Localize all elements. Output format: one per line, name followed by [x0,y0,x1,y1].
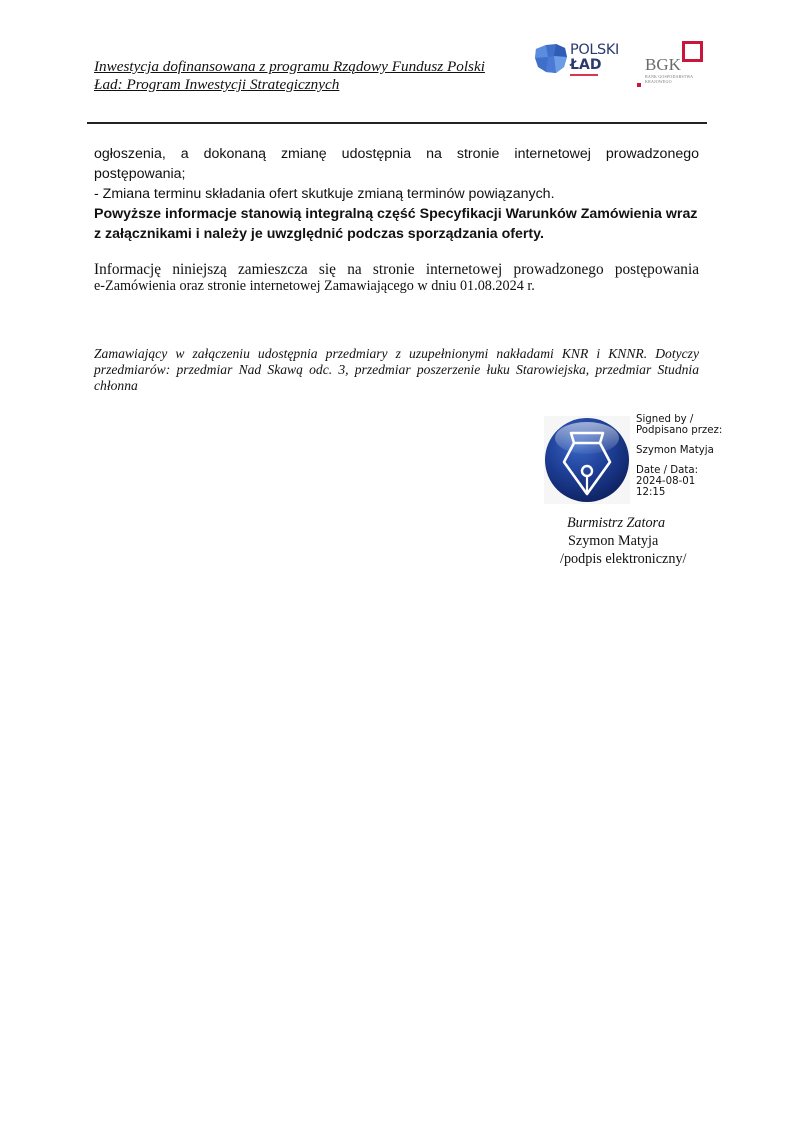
signature-signer-name: Szymon Matyja [636,445,736,456]
signer-role: Burmistrz Zatora [560,514,710,532]
bgk-subtitle-2: KRAJOWEGO [645,80,693,85]
signer-name: Szymon Matyja [560,532,710,550]
lad-word: ŁAD [570,57,601,73]
polski-word: POLSKI [570,42,619,58]
attachment-note-text: Zamawiający w załączeniu udostępnia prze… [94,346,699,393]
signed-by-label-1: Signed by / [636,414,736,425]
para-1-line-1: ogłoszenia, a dokonaną zmianę udostępnia… [94,144,699,164]
funding-line-2: Ład: Program Inwestycji Strategicznych [94,76,524,94]
lad-underline [570,74,598,76]
bgk-word: BGK [645,56,681,74]
info-line-2: e-Zamówienia oraz stronie internetowej Z… [94,278,699,295]
bgk-dot-icon [637,83,641,87]
bgk-subtitle: BANK GOSPODARSTWA KRAJOWEGO [645,75,693,84]
header-divider [87,122,707,124]
attachment-note: Zamawiający w załączeniu udostępnia prze… [94,346,699,394]
signature-note: /podpis elektroniczny/ [560,550,710,568]
signature-date: 2024-08-01 [636,476,736,487]
fountain-pen-nib-icon [544,416,630,504]
bold-line-2: z załącznikami i należy je uwzględnić po… [94,224,699,244]
signed-by-label-2: Podpisano przez: [636,425,736,436]
poland-map-icon [534,43,568,75]
para-2: - Zmiana terminu składania ofert skutkuj… [94,184,699,204]
signature-details: Signed by / Podpisano przez: Szymon Maty… [636,414,736,498]
funding-line-1: Inwestycja dofinansowana z programu Rząd… [94,58,524,76]
signature-time: 12:15 [636,487,736,498]
date-label: Date / Data: [636,465,736,476]
polski-lad-logo: POLSKI ŁAD [534,41,624,81]
info-line-1: Informację niniejszą zamieszcza się na s… [94,261,699,278]
signer-block: Burmistrz Zatora Szymon Matyja /podpis e… [560,514,710,568]
bgk-square-icon [682,41,703,62]
publication-info: Informację niniejszą zamieszcza się na s… [94,261,699,295]
funding-header: Inwestycja dofinansowana z programu Rząd… [94,58,524,94]
para-1-line-2: postępowania; [94,164,699,184]
bgk-logo: BGK BANK GOSPODARSTWA KRAJOWEGO [636,40,708,90]
bold-line-1: Powyższe informacje stanowią integralną … [94,204,699,224]
body-text: ogłoszenia, a dokonaną zmianę udostępnia… [94,144,699,244]
